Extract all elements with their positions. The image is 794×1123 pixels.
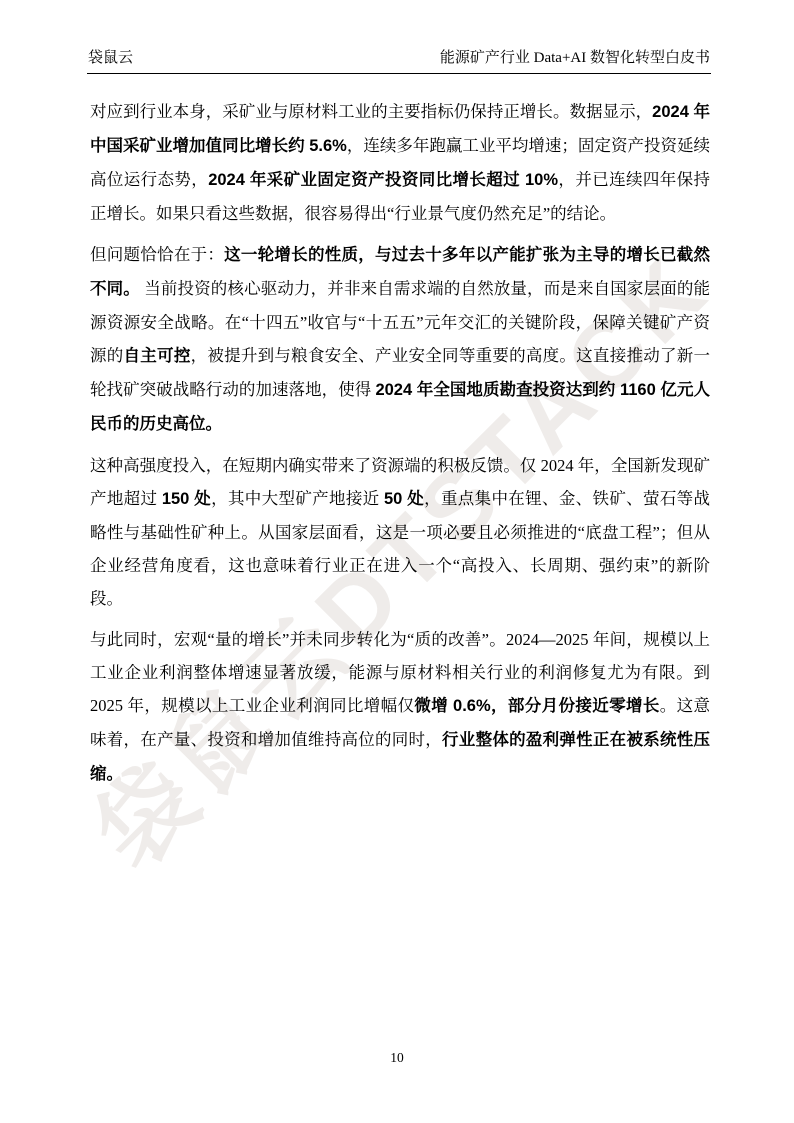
page-header: 袋鼠云 能源矿产行业 Data+AI 数智化转型白皮书 — [88, 46, 710, 67]
document-page: 袋鼠云DTSTACK 袋鼠云 能源矿产行业 Data+AI 数智化转型白皮书 对… — [0, 0, 794, 1123]
page-number: 10 — [390, 1050, 404, 1065]
text-run: 对应到行业本身，采矿业与原材料工业的主要指标仍保持正增长。数据显示， — [90, 102, 652, 121]
text-run: ，其中大型矿产地接近 — [211, 489, 384, 508]
paragraph: 这种高强度投入，在短期内确实带来了资源端的积极反馈。仅 2024 年，全国新发现… — [90, 449, 710, 615]
header-document-title: 能源矿产行业 Data+AI 数智化转型白皮书 — [440, 46, 710, 67]
text-run: 自主可控 — [124, 347, 191, 365]
paragraph: 与此同时，宏观“量的增长”并未同步转化为“质的改善”。2024—2025 年间，… — [90, 623, 710, 791]
header-brand: 袋鼠云 — [88, 46, 133, 67]
paragraph: 但问题恰恰在于：这一轮增长的性质，与过去十多年以产能扩张为主导的增长已截然不同。… — [90, 238, 710, 441]
paragraph: 对应到行业本身，采矿业与原材料工业的主要指标仍保持正增长。数据显示，2024 年… — [90, 95, 710, 230]
page-footer: 10 — [0, 1050, 794, 1066]
text-run: 但问题恰恰在于： — [90, 245, 224, 264]
text-run: 50 处 — [384, 490, 424, 508]
header-divider — [87, 73, 711, 74]
text-run: 2024 年采矿业固定资产投资同比增长超过 10% — [208, 171, 558, 189]
text-run: 150 处 — [162, 490, 211, 508]
text-run: 微增 0.6%，部分月份接近零增长 — [414, 697, 659, 715]
body-text: 对应到行业本身，采矿业与原材料工业的主要指标仍保持正增长。数据显示，2024 年… — [90, 95, 710, 799]
